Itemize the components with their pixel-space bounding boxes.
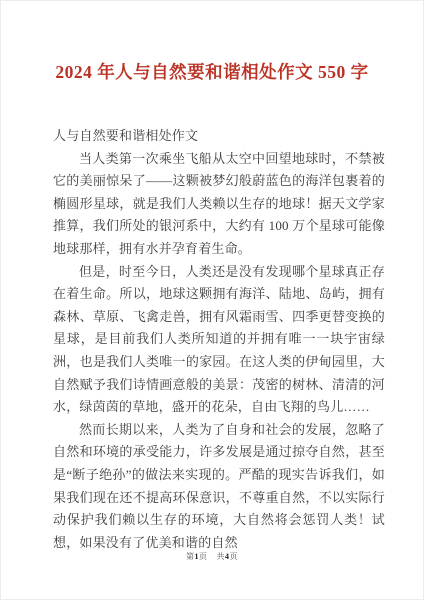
essay-subtitle: 人与自然要和谐相处作文: [53, 125, 385, 148]
page-prefix-label: 第: [186, 552, 195, 561]
essay-paragraph-3: 然而长期以来，人类为了自身和社会的发展，忽略了自然和环境的承受能力，许多发展是通…: [53, 419, 385, 555]
essay-paragraph-2: 但是，时至今日，人类还是没有发现哪个星球真正存在着生命。所以，地球这颗拥有海洋、…: [53, 261, 385, 419]
page-footer: 第1页共4页: [1, 551, 423, 562]
document-title: 2024 年人与自然要和谐相处作文 550 字: [29, 60, 395, 85]
total-pages-indicator: 共4页: [217, 552, 239, 561]
page-indicator: 第1页: [186, 552, 208, 561]
total-suffix-label: 页: [230, 552, 239, 561]
document-page: 2024 年人与自然要和谐相处作文 550 字 人与自然要和谐相处作文 当人类第…: [0, 0, 424, 600]
total-prefix-label: 共: [217, 552, 226, 561]
essay-paragraph-1: 当人类第一次乘坐飞船从太空中回望地球时，不禁被它的美丽惊呆了——这颗被梦幻般蔚蓝…: [53, 148, 385, 261]
page-suffix-label: 页: [199, 552, 208, 561]
document-body: 人与自然要和谐相处作文 当人类第一次乘坐飞船从太空中回望地球时，不禁被它的美丽惊…: [53, 125, 385, 554]
